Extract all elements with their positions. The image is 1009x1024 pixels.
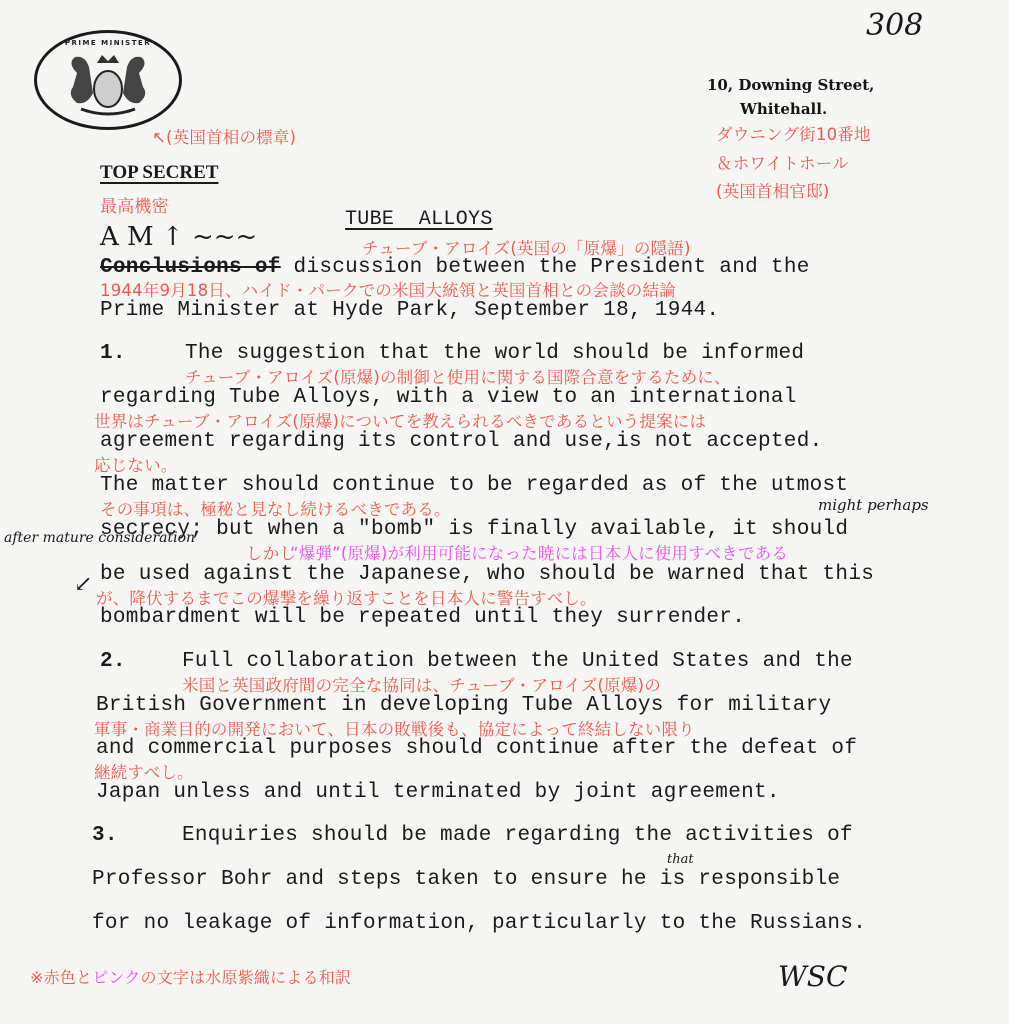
paragraph-1-translation-1: チューブ・アロイズ(原爆)の制御と使用に関する国際合意をするために、	[185, 364, 731, 388]
classification-translation: 最高機密	[100, 192, 169, 217]
prime-minister-seal: PRIME MINISTER	[34, 30, 182, 130]
note-pink-word: ピンク	[92, 968, 140, 987]
paragraph-1-number: 1.	[100, 342, 126, 365]
page-number: 308	[866, 8, 923, 43]
paragraph-1-line-1: The suggestion that the world should be …	[185, 342, 804, 365]
paragraph-1-line-4: The matter should continue to be regarde…	[100, 474, 848, 497]
paragraph-1-line-6: be used against the Japanese, who should…	[100, 563, 874, 586]
translation-credit-note: ※赤色とピンクの文字は水原紫織による和訳	[30, 965, 351, 988]
paragraph-2-translation-3: 継続すべし。	[94, 759, 194, 783]
handwritten-margin-note: after mature consideration	[4, 530, 195, 546]
handwritten-initials: A M ↑ ~~~	[100, 222, 257, 252]
address-line-1: 10, Downing Street,	[707, 76, 874, 94]
seal-caption: ↖(英国首相の標章)	[152, 124, 296, 148]
classification-label: TOP SECRET	[100, 162, 218, 184]
address-line-2: Whitehall.	[740, 100, 827, 118]
paragraph-1-translation-6: “爆弾”(原爆)が利用可能になった暁には日本人に使用すべきである	[290, 540, 788, 564]
paragraph-3-number: 3.	[92, 824, 118, 847]
paragraph-2-translation-1: 米国と英国政府間の完全な協同は、チューブ・アロイズ(原爆)の	[182, 672, 661, 696]
address-translation-2: ＆ホワイトホール	[716, 150, 849, 174]
handwritten-insert-that: that	[667, 852, 694, 867]
document-title: TUBE ALLOYS	[345, 208, 493, 231]
paragraph-3-line-1: Enquiries should be made regarding the a…	[182, 824, 853, 847]
royal-coat-of-arms-icon	[37, 33, 179, 127]
paragraph-3-line-3: for no leakage of information, particula…	[92, 912, 866, 935]
paragraph-1-translation-3: 応じない。	[94, 452, 178, 476]
paragraph-1-line-5: secrecy; but when a "bomb" is finally av…	[100, 518, 848, 541]
paragraph-3-line-2: Professor Bohr and steps taken to ensure…	[92, 868, 840, 891]
address-translation-1: ダウニング街10番地	[716, 121, 871, 145]
paragraph-1-line-2: regarding Tube Alloys, with a view to an…	[100, 386, 797, 409]
handwritten-signature: WSC	[778, 960, 847, 993]
paragraph-2-number: 2.	[100, 650, 126, 673]
heading-line-1: Conclusions of discussion between the Pr…	[100, 256, 810, 279]
paragraph-2-line-3: and commercial purposes should continue …	[96, 737, 857, 760]
handwritten-might-perhaps: might perhaps	[818, 496, 929, 514]
paragraph-1-line-7: bombardment will be repeated until they …	[100, 606, 745, 629]
note-suffix: の文字は水原紫織による和訳	[141, 968, 352, 987]
paragraph-1-translation-4: その事項は、極秘と見なし続けるべきである。	[100, 496, 451, 520]
paragraph-2-line-2: British Government in developing Tube Al…	[96, 694, 831, 717]
paragraph-1-translation-2: 世界はチューブ・アロイズ(原爆)についてを教えられるべきであるという提案には	[94, 408, 706, 432]
paragraph-2-line-4: Japan unless and until terminated by joi…	[96, 781, 780, 804]
paragraph-1-line-3: agreement regarding its control and use,…	[100, 430, 823, 453]
struck-text: Conclusions of	[100, 256, 281, 279]
note-prefix: ※赤色と	[30, 968, 92, 987]
heading-line-2: Prime Minister at Hyde Park, September 1…	[100, 299, 719, 322]
paragraph-2-line-1: Full collaboration between the United St…	[182, 650, 853, 673]
arrow-mark-icon: ↙	[74, 572, 92, 597]
heading-translation: 1944年9月18日、ハイド・パークでの米国大統領と英国首相との会談の結論	[100, 277, 676, 301]
heading-line-1-rest: discussion between the President and the	[281, 256, 810, 279]
address-translation-3: (英国首相官邸)	[716, 178, 829, 202]
paragraph-1-translation-5: しかし	[246, 540, 296, 564]
